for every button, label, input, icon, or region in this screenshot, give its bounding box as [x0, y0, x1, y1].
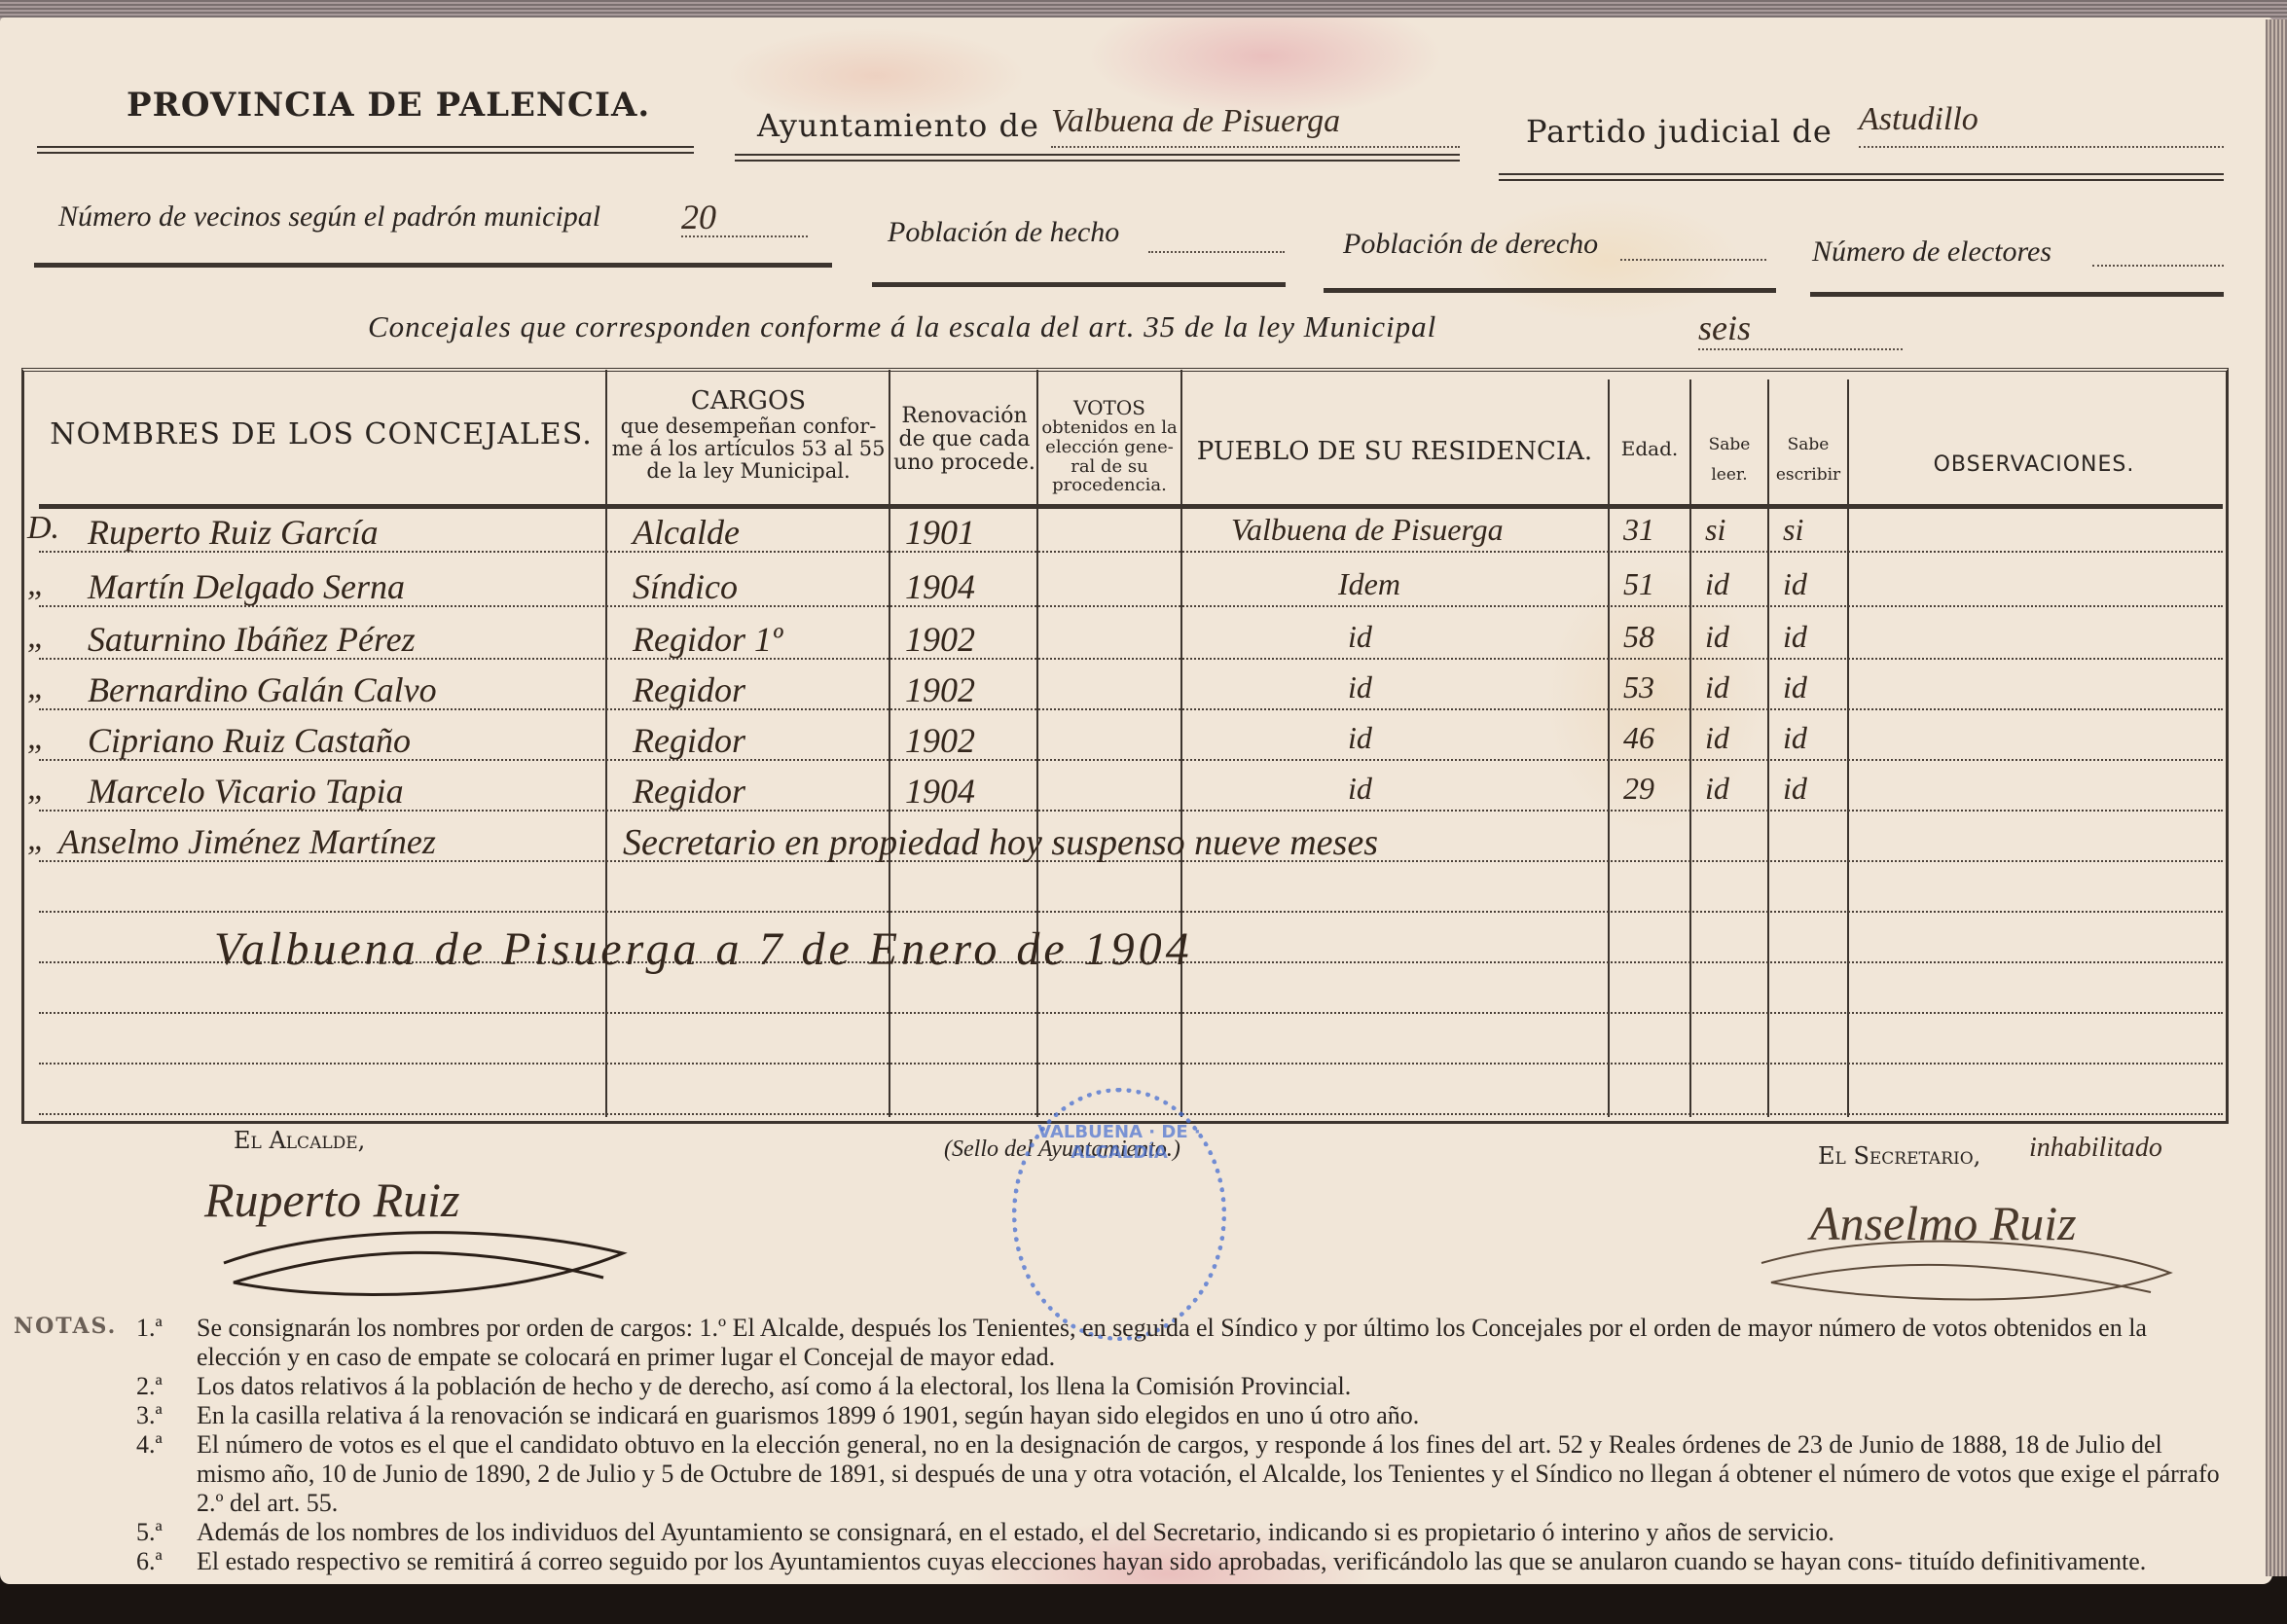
row-renovacion: 1902 [905, 619, 975, 660]
concejales-value: seis [1698, 307, 1903, 350]
census-rule [34, 263, 832, 268]
header-observaciones: OBSERVACIONES. [1849, 453, 2219, 477]
row-nombre: Cipriano Ruiz Castaño [88, 720, 411, 761]
row-edad: 46 [1623, 720, 1654, 756]
row-sabe-leer: id [1705, 720, 1729, 756]
row-renovacion: 1902 [905, 669, 975, 710]
row-cargo: Regidor [633, 669, 745, 710]
row-prefix: „ [27, 619, 46, 656]
row-prefix: „ [27, 566, 46, 603]
row-sabe-leer: si [1705, 512, 1725, 548]
row-sabe-escribir: id [1783, 566, 1807, 602]
note-number: 6.ª [136, 1547, 197, 1576]
note-number: 1.ª [136, 1314, 197, 1372]
partido-value: Astudillo [1859, 101, 2224, 148]
row-sabe-escribir: id [1783, 720, 1807, 756]
header-rule [735, 154, 1460, 162]
note-text: Los datos relativos á la población de he… [197, 1372, 2229, 1401]
row-sabe-leer: id [1705, 669, 1729, 705]
ayuntamiento-value: Valbuena de Pisuerga [1051, 103, 1460, 148]
census-rule [1810, 292, 2224, 297]
row-renovacion: 1904 [905, 566, 975, 607]
row-nombre: Saturnino Ibáñez Pérez [88, 619, 416, 660]
header-nombres: NOMBRES DE LOS CONCEJALES. [39, 418, 603, 451]
ayuntamiento-label: Ayuntamiento de [757, 107, 1039, 144]
col-divider [1608, 379, 1610, 1117]
row-prefix: „ [27, 669, 46, 706]
row-prefix: „ [27, 720, 46, 757]
note-item: 2.ªLos datos relativos á la población de… [136, 1372, 2229, 1401]
row-sabe-leer: id [1705, 619, 1729, 655]
poblacion-hecho-value [1148, 251, 1285, 253]
header-cargos-sub: que desempeñan confor- me á los artículo… [609, 415, 888, 483]
col-divider [889, 370, 890, 1117]
signature-flourish-icon [1742, 1234, 2190, 1312]
row-sabe-escribir: id [1783, 619, 1807, 655]
note-item: 1.ªSe consignarán los nombres por orden … [136, 1314, 2229, 1372]
vecinos-value: 20 [681, 197, 808, 237]
row-sabe-escribir: id [1783, 771, 1807, 807]
row-sabe-leer: id [1705, 771, 1729, 807]
electores-label: Número de electores [1812, 235, 2051, 269]
row-cargo: Síndico [633, 566, 738, 607]
header-pueblo: PUEBLO DE SU RESIDENCIA. [1183, 438, 1606, 466]
secretario-label: El Secretario, [1818, 1142, 1980, 1170]
row-nombre: Anselmo Jiménez Martínez [58, 821, 436, 862]
row-sabe-escribir: si [1783, 512, 1803, 548]
census-rule [1324, 288, 1776, 293]
row-pueblo: Idem [1338, 566, 1400, 602]
closing-date-line: Valbuena de Pisuerga a 7 de Enero de 190… [214, 922, 1193, 976]
row-renovacion: 1901 [905, 512, 975, 553]
header-votos-title: VOTOS [1039, 397, 1180, 418]
row-edad: 51 [1623, 566, 1654, 602]
row-renovacion: 1902 [905, 720, 975, 761]
row-cargo: Regidor 1º [633, 619, 782, 660]
row-cargo: Regidor [633, 771, 745, 812]
note-number: 2.ª [136, 1372, 197, 1401]
row-pueblo: id [1348, 669, 1372, 705]
note-item: 6.ªEl estado respectivo se remitirá á co… [136, 1547, 2229, 1576]
row-cargo: Regidor [633, 720, 745, 761]
note-number: 5.ª [136, 1518, 197, 1547]
header-sabe-leer: Sabe leer. [1691, 430, 1767, 489]
row-edad: 29 [1623, 771, 1654, 807]
row-edad: 53 [1623, 669, 1654, 705]
header-cargos-title: CARGOS [609, 387, 888, 415]
row-sabe-leer: id [1705, 566, 1729, 602]
notes-list: 1.ªSe consignarán los nombres por orden … [136, 1314, 2229, 1576]
note-item: 3.ªEn la casilla relativa á la renovació… [136, 1401, 2229, 1430]
row-edad: 58 [1623, 619, 1654, 655]
col-divider [1767, 379, 1769, 1117]
row-nombre: Marcelo Vicario Tapia [88, 771, 404, 812]
note-text: El número de votos es el que el candidat… [197, 1430, 2229, 1518]
row-edad: 31 [1623, 512, 1654, 548]
header-cargos: CARGOS que desempeñan confor- me á los a… [609, 387, 888, 483]
row-sabe-escribir: id [1783, 669, 1807, 705]
note-text: El estado respectivo se remitirá á corre… [197, 1547, 2229, 1576]
row-line [39, 1063, 2223, 1065]
note-number: 4.ª [136, 1430, 197, 1518]
note-number: 3.ª [136, 1401, 197, 1430]
col-divider [1847, 379, 1849, 1117]
note-item: 4.ªEl número de votos es el que el candi… [136, 1430, 2229, 1518]
row-cargo: Secretario en propiedad hoy suspenso nue… [623, 821, 1378, 864]
header-rule [1499, 173, 2224, 181]
concejales-label: Concejales que corresponden conforme á l… [368, 309, 1436, 344]
poblacion-derecho-value [1620, 259, 1766, 261]
header-sabe-escribir: Sabe escribir [1769, 430, 1847, 489]
row-renovacion: 1904 [905, 771, 975, 812]
row-nombre: Ruperto Ruiz García [88, 512, 379, 553]
alcalde-signature: Ruperto Ruiz [204, 1172, 459, 1228]
row-cargo: Alcalde [633, 512, 740, 553]
row-pueblo: id [1348, 771, 1372, 807]
header-renovacion: Renovación de que cada uno procede. [893, 405, 1035, 476]
provincia-title: PROVINCIA DE PALENCIA. [127, 86, 650, 125]
vecinos-label: Número de vecinos según el padrón munici… [58, 200, 600, 234]
row-pueblo: id [1348, 720, 1372, 756]
header-votos: VOTOS obtenidos en la elección gene- ral… [1039, 397, 1180, 495]
municipal-stamp-icon: VALBUENA · DE · ALCALDÍA [1012, 1088, 1226, 1341]
stamp-text: VALBUENA · DE · ALCALDÍA [1017, 1122, 1221, 1163]
row-nombre: Bernardino Galán Calvo [88, 669, 437, 710]
note-text: En la casilla relativa á la renovación s… [197, 1401, 2229, 1430]
row-prefix: „ [27, 771, 46, 808]
book-page-edge-right [2266, 19, 2287, 1576]
poblacion-derecho-label: Población de derecho [1343, 228, 1598, 261]
col-divider [605, 370, 607, 1117]
row-nombre: Martín Delgado Serna [88, 566, 405, 607]
col-divider [1689, 379, 1691, 1117]
header-votos-sub: obtenidos en la elección gene- ral de su… [1039, 418, 1180, 495]
header-bottom-rule [39, 504, 2223, 509]
row-pueblo: id [1348, 619, 1372, 655]
row-line [39, 1012, 2223, 1014]
census-rule [872, 282, 1286, 287]
row-pueblo: Valbuena de Pisuerga [1231, 512, 1504, 548]
signature-flourish-icon [214, 1224, 642, 1302]
col-divider [1180, 370, 1182, 1117]
row-line [39, 911, 2223, 913]
note-text: Además de los nombres de los individuos … [197, 1518, 2229, 1547]
note-text: Se consignarán los nombres por orden de … [197, 1314, 2229, 1372]
secretario-note: inhabilitado [2029, 1133, 2162, 1164]
poblacion-hecho-label: Población de hecho [888, 216, 1119, 249]
header-rule [37, 146, 694, 154]
alcalde-label: El Alcalde, [234, 1127, 365, 1154]
header-edad: Edad. [1610, 438, 1689, 459]
row-prefix: „ [27, 821, 46, 858]
note-item: 5.ªAdemás de los nombres de los individu… [136, 1518, 2229, 1547]
document-page: PROVINCIA DE PALENCIA. Ayuntamiento de V… [0, 18, 2272, 1584]
notas-title: NOTAS. [14, 1314, 117, 1339]
partido-label: Partido judicial de [1526, 113, 1833, 150]
col-divider [1036, 370, 1038, 1117]
row-prefix: D. [27, 510, 59, 547]
electores-value [2092, 265, 2224, 267]
